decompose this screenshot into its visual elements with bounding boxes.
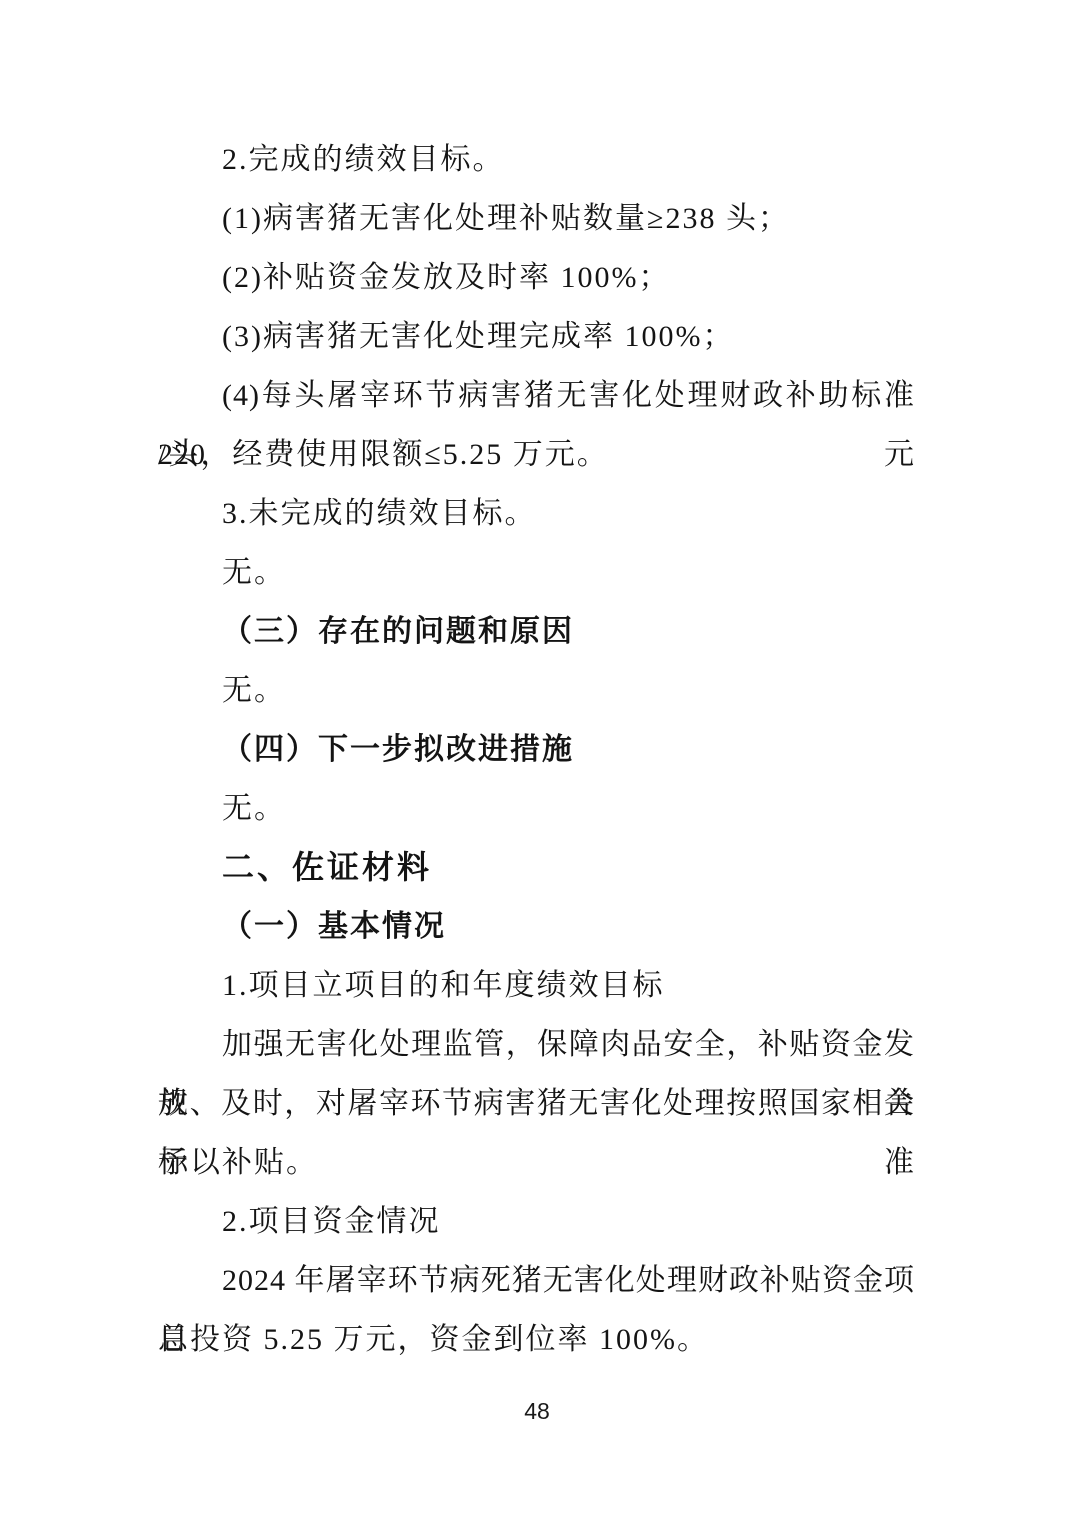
paragraph-funds-line-2: 总投资 5.25 万元，资金到位率 100%。 bbox=[158, 1310, 915, 1369]
paragraph-none-3: 无。 bbox=[158, 779, 915, 838]
page-number: 48 bbox=[0, 1398, 1074, 1425]
paragraph-funds-line-1: 2024 年屠宰环节病死猪无害化处理财政补贴资金项目 bbox=[158, 1251, 915, 1310]
paragraph-completed-targets-heading: 2.完成的绩效目标。 bbox=[158, 130, 915, 189]
paragraph-target-1: (1)病害猪无害化处理补贴数量≥238 头； bbox=[158, 189, 915, 248]
paragraph-target-4-line-1: (4)每头屠宰环节病害猪无害化处理财政补助标准 220 元 bbox=[158, 366, 915, 425]
paragraph-target-3: (3)病害猪无害化处理完成率 100%； bbox=[158, 307, 915, 366]
paragraph-none-1: 无。 bbox=[158, 543, 915, 602]
paragraph-project-funds-heading: 2.项目资金情况 bbox=[158, 1192, 915, 1251]
heading-section-1-basic-situation: （一）基本情况 bbox=[158, 897, 915, 956]
paragraph-uncompleted-targets-heading: 3.未完成的绩效目标。 bbox=[158, 484, 915, 543]
paragraph-none-2: 无。 bbox=[158, 661, 915, 720]
paragraph-project-purpose-heading: 1.项目立项目的和年度绩效目标 bbox=[158, 956, 915, 1015]
heading-section-3-problems: （三）存在的问题和原因 bbox=[158, 602, 915, 661]
heading-part-2-supporting-materials: 二、佐证材料 bbox=[158, 838, 915, 897]
paragraph-target-2: (2)补贴资金发放及时率 100%； bbox=[158, 248, 915, 307]
paragraph-purpose-line-2: 规、及时，对屠宰环节病害猪无害化处理按照国家相关标准 bbox=[158, 1074, 915, 1133]
document-page: 2.完成的绩效目标。 (1)病害猪无害化处理补贴数量≥238 头； (2)补贴资… bbox=[0, 0, 1074, 1520]
heading-section-4-improvements: （四）下一步拟改进措施 bbox=[158, 720, 915, 779]
document-body: 2.完成的绩效目标。 (1)病害猪无害化处理补贴数量≥238 头； (2)补贴资… bbox=[158, 130, 915, 1369]
paragraph-purpose-line-1: 加强无害化处理监管，保障肉品安全，补贴资金发放合 bbox=[158, 1015, 915, 1074]
